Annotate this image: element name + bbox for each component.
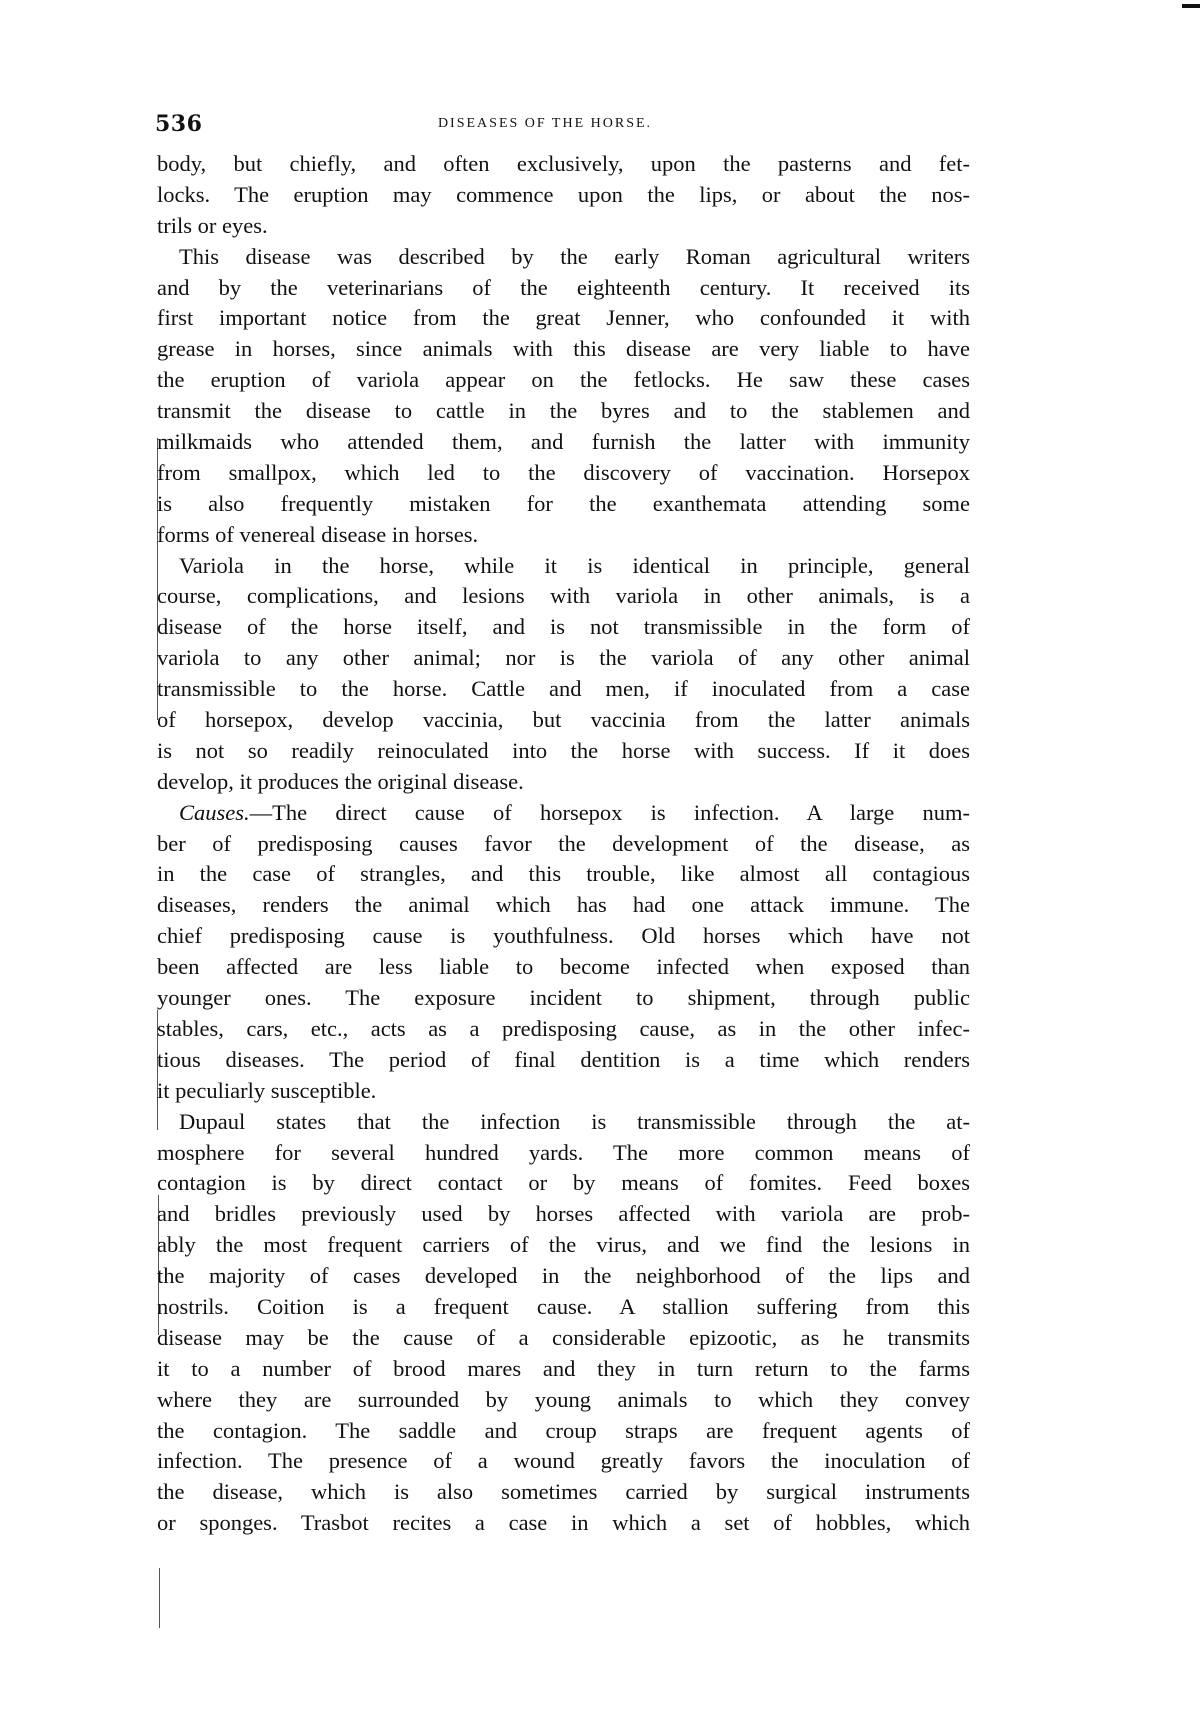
text-line: transmit the disease to cattle in the by…: [157, 396, 970, 427]
text-line: ber of predisposing causes favor the dev…: [157, 829, 970, 860]
paragraph-start-line: Variola in the horse, while it is identi…: [157, 551, 970, 582]
text-line: disease of the horse itself, and is not …: [157, 612, 970, 643]
text-line: the majority of cases developed in the n…: [157, 1261, 970, 1292]
text-line: diseases, renders the animal which has h…: [157, 890, 970, 921]
running-head: DISEASES OF THE HORSE.: [305, 116, 785, 132]
text-line: and by the veterinarians of the eighteen…: [157, 273, 970, 304]
text-line: infection. The presence of a wound great…: [157, 1446, 970, 1477]
text-line: in the case of strangles, and this troub…: [157, 859, 970, 890]
text-line: the contagion. The saddle and croup stra…: [157, 1416, 970, 1447]
text-line: forms of venereal disease in horses.: [157, 520, 970, 551]
text-line: milkmaids who attended them, and furnish…: [157, 427, 970, 458]
text-line: mosphere for several hundred yards. The …: [157, 1138, 970, 1169]
section-heading-causes: Causes.: [179, 800, 250, 825]
scan-corner-mark: [1182, 4, 1200, 8]
text-line: chief predisposing cause is youthfulness…: [157, 921, 970, 952]
text-line: trils or eyes.: [157, 211, 970, 242]
page-number: 536: [155, 111, 202, 137]
text-line: is not so readily reinoculated into the …: [157, 736, 970, 767]
text-line: of horsepox, develop vaccinia, but vacci…: [157, 705, 970, 736]
text-line: the disease, which is also sometimes car…: [157, 1477, 970, 1508]
text-line: grease in horses, since animals with thi…: [157, 334, 970, 365]
text-line: ably the most frequent carriers of the v…: [157, 1230, 970, 1261]
text-line: locks. The eruption may commence upon th…: [157, 180, 970, 211]
text-line: from smallpox, which led to the discover…: [157, 458, 970, 489]
scan-edge-rule: [159, 1568, 160, 1628]
text-line: younger ones. The exposure incident to s…: [157, 983, 970, 1014]
text-line: variola to any other animal; nor is the …: [157, 643, 970, 674]
text-run: —The direct cause of horsepox is infecti…: [250, 800, 970, 825]
text-line: course, complications, and lesions with …: [157, 581, 970, 612]
text-line: body, but chiefly, and often exclusively…: [157, 149, 970, 180]
text-line: or sponges. Trasbot recites a case in wh…: [157, 1508, 970, 1539]
text-line: it to a number of brood mares and they i…: [157, 1354, 970, 1385]
text-line: contagion is by direct contact or by mea…: [157, 1168, 970, 1199]
text-line: transmissible to the horse. Cattle and m…: [157, 674, 970, 705]
book-page: 536 DISEASES OF THE HORSE. body, but chi…: [0, 0, 1200, 1709]
text-line: stables, cars, etc., acts as a predispos…: [157, 1014, 970, 1045]
paragraph-start-line: This disease was described by the early …: [157, 242, 970, 273]
paragraph-start-line: Dupaul states that the infection is tran…: [157, 1107, 970, 1138]
text-line: and bridles previously used by horses af…: [157, 1199, 970, 1230]
text-line: been affected are less liable to become …: [157, 952, 970, 983]
text-line: first important notice from the great Je…: [157, 303, 970, 334]
text-line: is also frequently mistaken for the exan…: [157, 489, 970, 520]
text-line: nostrils. Coition is a frequent cause. A…: [157, 1292, 970, 1323]
text-line: tious diseases. The period of final dent…: [157, 1045, 970, 1076]
paragraph-start-line: Causes.—The direct cause of horsepox is …: [157, 798, 970, 829]
text-line: develop, it produces the original diseas…: [157, 767, 970, 798]
text-line: the eruption of variola appear on the fe…: [157, 365, 970, 396]
text-line: it peculiarly susceptible.: [157, 1076, 970, 1107]
body-text: body, but chiefly, and often exclusively…: [157, 149, 970, 1539]
text-line: disease may be the cause of a considerab…: [157, 1323, 970, 1354]
text-line: where they are surrounded by young anima…: [157, 1385, 970, 1416]
